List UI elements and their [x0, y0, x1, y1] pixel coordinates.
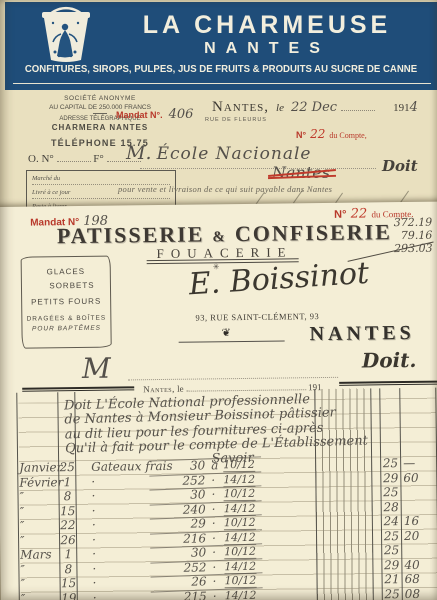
specialty-item: DRAGÉES & BOÎTES [22, 315, 110, 323]
row-month: ″ [20, 504, 62, 519]
charmeuse-emblem-icon [35, 6, 97, 64]
mandat-stamp-1: Mandat N°.406 [116, 107, 193, 122]
addressee-name: École Nacionale [157, 144, 312, 164]
table-top-rule [339, 381, 437, 386]
addressee-m: M. [126, 142, 152, 164]
row-rate: 10/12 [224, 545, 256, 559]
doit-label-2: Doit. [362, 348, 417, 373]
row-day: 19 [59, 591, 79, 600]
row-separator: à [211, 458, 218, 472]
compte-number-handwritten: 22 [310, 127, 325, 141]
row-day: 1 [57, 475, 77, 489]
row-rate: 10/12 [224, 516, 256, 530]
row-separator: · [212, 545, 216, 559]
row-item: · [93, 576, 97, 590]
company-title: LA CHARMEUSE [133, 11, 401, 40]
specialties-frame: GLACESSORBETSPETITS FOURSDRAGÉES & BOÎTE… [21, 256, 112, 349]
divider [93, 113, 107, 114]
row-item: · [92, 518, 96, 532]
city-title: NANTES [309, 322, 414, 346]
row-rate: 14/12 [224, 501, 256, 515]
row-francs: 29 [377, 558, 399, 572]
date-city: Nantes, [143, 384, 175, 394]
date-blank [186, 380, 306, 391]
row-francs: 25 [376, 456, 398, 470]
row-francs: 25 [376, 485, 398, 499]
row-francs: 25 [377, 529, 399, 543]
scanned-invoices: LA CHARMEUSE NANTES CONFITURES, SIROPS, … [0, 0, 437, 600]
row-centimes: 08 [405, 586, 429, 600]
row-rate: 10/12 [223, 458, 255, 472]
sheet-la-charmeuse: LA CHARMEUSE NANTES CONFITURES, SIROPS, … [0, 0, 437, 232]
sheet-boissinot: Mandat N°198 N° 22 du Compte. PATISSERIE… [0, 202, 437, 600]
row-day: 26 [58, 533, 78, 547]
row-month: ″ [21, 576, 63, 591]
row-month: Mars [20, 547, 62, 562]
row-month: ″ [20, 562, 62, 577]
compte-label: du Compte, [329, 131, 366, 140]
specialty-item: PETITS FOURS [22, 297, 110, 307]
row-francs: 29 [376, 471, 398, 485]
specialty-item: POUR BAPTÊMES [22, 325, 110, 333]
date-le: le [276, 102, 284, 114]
date-city: Nantes, [212, 99, 269, 115]
year-printed: 191 [393, 102, 410, 114]
row-separator: · [212, 560, 216, 574]
row-item: · [91, 489, 95, 503]
row-centimes: 68 [404, 572, 428, 586]
products-banner: CONFITURES, SIROPS, PULPES, JUS DE FRUIT… [14, 64, 429, 75]
m-label: M [82, 352, 111, 385]
row-separator: · [211, 473, 215, 487]
row-centimes: 20 [404, 528, 428, 542]
row-separator: · [213, 589, 217, 600]
row-separator: · [212, 516, 216, 530]
row-centimes: 40 [404, 557, 428, 571]
total-line-2: 79.16 [352, 229, 432, 243]
row-item: · [92, 561, 96, 575]
ampersand: & [204, 229, 235, 245]
date-le: le [177, 384, 184, 394]
specialty-item: SORBETS [22, 281, 110, 291]
row-separator: · [211, 487, 215, 501]
row-rate: 10/12 [223, 487, 255, 501]
street-line: RUE DE FLEURUS [205, 117, 267, 123]
row-centimes: 16 [404, 514, 428, 528]
compte-stamp-1: N° 22 du Compte, [296, 127, 367, 141]
row-centimes: — [403, 456, 427, 470]
row-day: 1 [58, 547, 78, 561]
telegraph-address: CHARMERA NANTES [30, 123, 170, 132]
trade-left: PATISSERIE [57, 221, 205, 248]
order-label: O. N° [28, 153, 54, 165]
row-separator: · [213, 574, 217, 588]
ledger-rows: Janvier 25 Gateaux frais 30 à 10/12 25 —… [0, 455, 437, 600]
row-francs: 25 [377, 543, 399, 557]
street-address: 93, RUE SAINT-CLÉMENT, 93 [173, 311, 341, 323]
banner-rule [13, 83, 431, 84]
year-handwritten: 4 [410, 100, 418, 115]
row-day: 15 [59, 576, 79, 590]
order-blank [57, 152, 91, 162]
row-month: Janvier [19, 460, 61, 475]
row-day: 8 [57, 489, 77, 503]
date-blank [341, 101, 375, 111]
company-form: SOCIÉTÉ ANONYME [30, 95, 170, 102]
row-day: 15 [58, 504, 78, 518]
row-month: ″ [19, 489, 61, 504]
row-separator: · [212, 502, 216, 516]
row-rate: 14/12 [224, 559, 256, 573]
row-centimes: 60 [403, 470, 427, 484]
total-line-1: 372.19 [352, 216, 432, 230]
table-top-rule [22, 386, 134, 391]
bow-ornament-icon: ❦ [221, 326, 230, 339]
row-month: Février [19, 475, 61, 490]
row-item: · [92, 532, 96, 546]
row-item: · [92, 503, 96, 517]
row-day: 22 [58, 518, 78, 532]
row-day: 25 [57, 460, 77, 474]
row-rate: 14/12 [225, 588, 257, 600]
row-day: 8 [58, 562, 78, 576]
row-francs: 25 [378, 587, 400, 600]
folio-label: F° [93, 153, 104, 165]
row-rate: 14/12 [224, 530, 256, 544]
row-rate: 10/12 [225, 574, 257, 588]
year-printed: 191 [308, 382, 322, 392]
row-item: · [92, 547, 96, 561]
row-item: · [93, 590, 97, 600]
addressee-city-struck: Nantes [272, 163, 330, 182]
row-separator: · [212, 531, 216, 545]
compte-no-label: N° [296, 130, 306, 140]
row-month: ″ [20, 533, 62, 548]
addressee-baseline [140, 168, 376, 169]
row-month: ″ [20, 518, 62, 533]
row-francs: 24 [377, 514, 399, 528]
row-month: ″ [21, 591, 63, 600]
date-handwritten: 22 Dec [291, 100, 337, 115]
doit-label-1: Doit [382, 157, 418, 175]
dateline-1: Nantes, le 22 Dec 1914 [212, 98, 418, 116]
mandat-label: Mandat N°. [116, 110, 163, 120]
specialty-item: GLACES [22, 267, 110, 277]
row-rate: 14/12 [223, 472, 255, 486]
company-city: NANTES [133, 40, 401, 58]
row-francs: 21 [377, 572, 399, 586]
row-francs: 28 [377, 500, 399, 514]
row-item: · [91, 474, 95, 488]
addressee-handwritten: M. École Nacionale [126, 142, 311, 164]
order-folio-line: O. N° F° [28, 152, 141, 165]
ornament-rule [179, 340, 285, 342]
mandat-number-handwritten: 406 [169, 107, 194, 122]
letterhead-banner: LA CHARMEUSE NANTES CONFITURES, SIROPS, … [5, 2, 437, 90]
